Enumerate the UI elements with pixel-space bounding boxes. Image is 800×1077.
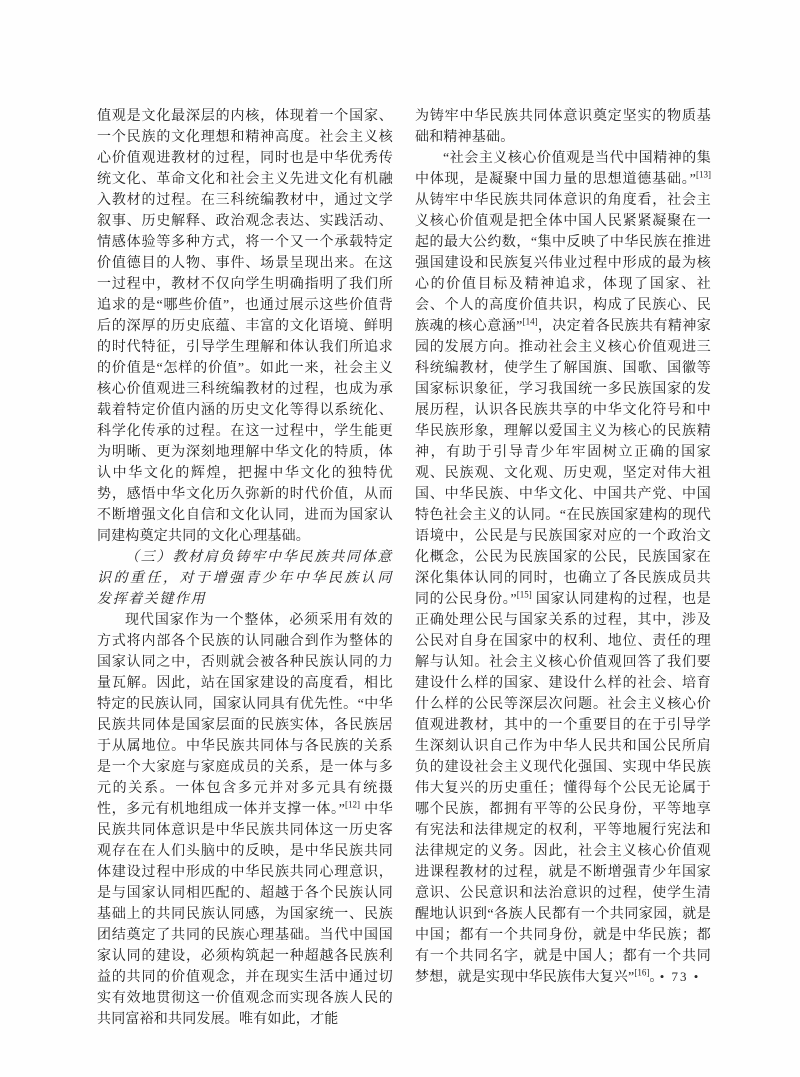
citation-ref: [12] <box>345 799 360 809</box>
paragraph: 值观是文化最深层的内核，体现着一个国家、一个民族的文化理想和精神高度。社会主义核… <box>97 106 393 547</box>
section-heading: （三）教材肩负铸牢中华民族共同体意识的重任，对于增强青少年中华民族认同发挥着关键… <box>97 547 393 610</box>
paper-page: 值观是文化最深层的内核，体现着一个国家、一个民族的文化理想和精神高度。社会主义核… <box>0 0 800 1077</box>
paragraph: 现代国家作为一个整体，必须采用有效的方式将内部各个民族的认同融合到作为整体的国家… <box>97 610 393 1030</box>
two-column-text-area: 值观是文化最深层的内核，体现着一个国家、一个民族的文化理想和精神高度。社会主义核… <box>97 106 711 1030</box>
citation-ref: [13] <box>696 169 711 179</box>
page-number: • 73 • <box>640 969 720 985</box>
citation-ref: [14] <box>523 316 538 326</box>
citation-ref: [15] <box>517 589 532 599</box>
text-column-left: 值观是文化最深层的内核，体现着一个国家、一个民族的文化理想和精神高度。社会主义核… <box>97 106 393 1030</box>
paragraph: “社会主义核心价值观是当代中国精神的集中体现，是凝聚中国力量的思想道德基础。”[… <box>415 148 711 988</box>
text-column-right: 为铸牢中华民族共同体意识奠定坚实的物质基础和精神基础。“社会主义核心价值观是当代… <box>415 106 711 1030</box>
paragraph: 为铸牢中华民族共同体意识奠定坚实的物质基础和精神基础。 <box>415 106 711 148</box>
